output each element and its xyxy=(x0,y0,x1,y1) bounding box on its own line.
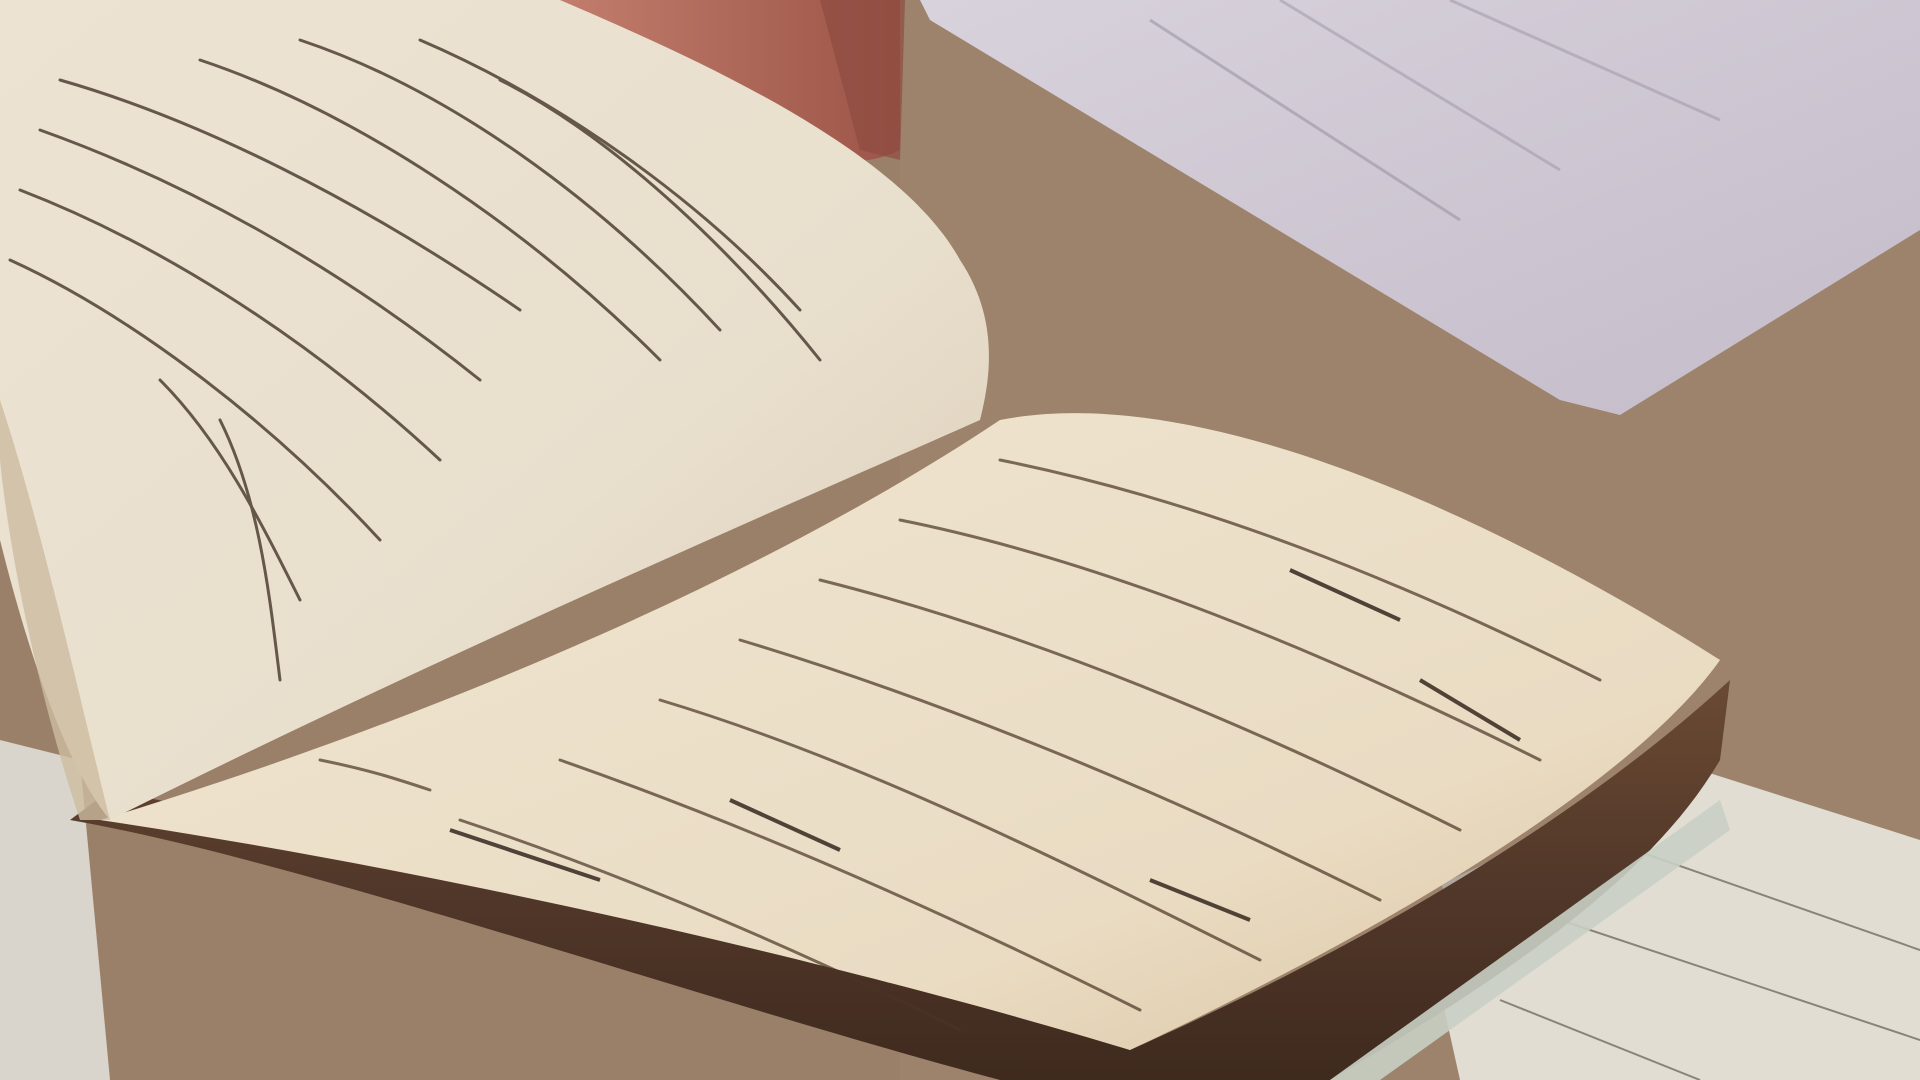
photo-scene xyxy=(0,0,1920,1080)
manuscript-photo xyxy=(0,0,1920,1080)
